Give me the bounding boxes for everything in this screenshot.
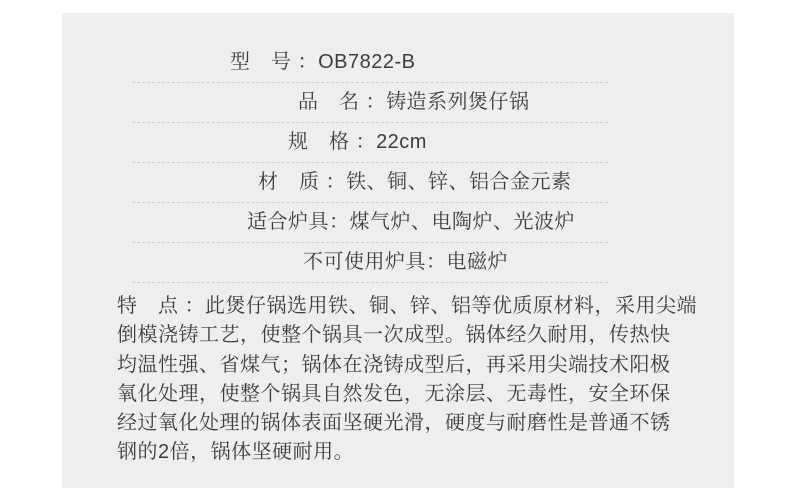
features-line: 氧化处理，使整个锅具自然发色，无涂层、无毒性，安全环保 xyxy=(117,380,734,409)
spec-row-suitable-stoves: 适合炉具：煤气炉、电陶炉、光波炉 xyxy=(62,203,734,242)
unsuitable-stoves-label: 不可使用炉具 xyxy=(303,251,426,273)
material-value: 铁、铜、锌、铝合金元素 xyxy=(346,171,572,193)
features-line: 均温性强、省煤气；锅体在浇铸成型后，再采用尖端技术阳极 xyxy=(117,351,734,380)
features-line: 倒模浇铸工艺，使整个锅具一次成型。锅体经久耐用，传热快 xyxy=(117,321,734,350)
product-name-value: 铸造系列煲仔锅 xyxy=(386,91,530,113)
spec-row-size: 规 格 ：22cm xyxy=(62,123,734,162)
unsuitable-stoves-value: 电磁炉 xyxy=(447,251,509,273)
spec-row-model: 型 号 ：OB7822-B xyxy=(62,43,734,82)
suitable-stoves-colon: ： xyxy=(329,211,350,233)
size-label: 规 格 xyxy=(288,131,350,153)
unsuitable-stoves-colon: ： xyxy=(426,251,447,273)
spec-row-material: 材 质 ：铁、铜、锌、铝合金元素 xyxy=(62,163,734,202)
suitable-stoves-value: 煤气炉、电陶炉、光波炉 xyxy=(350,211,576,233)
model-value: OB7822-B xyxy=(318,51,415,73)
spec-row-product-name: 品 名 ：铸造系列煲仔锅 xyxy=(62,83,734,122)
spec-row-unsuitable-stoves: 不可使用炉具：电磁炉 xyxy=(62,243,734,282)
spec-rows: 型 号 ：OB7822-B 品 名 ：铸造系列煲仔锅 规 格 ：22cm 材 质… xyxy=(62,13,734,283)
model-label: 型 号 xyxy=(230,51,292,73)
features-line: 经过氧化处理的锅体表面坚硬光滑，硬度与耐磨性是普通不锈 xyxy=(117,409,734,438)
model-colon: ： xyxy=(292,51,319,73)
product-spec-panel: 型 号 ：OB7822-B 品 名 ：铸造系列煲仔锅 规 格 ：22cm 材 质… xyxy=(62,13,734,488)
suitable-stoves-label: 适合炉具 xyxy=(247,211,329,233)
product-name-label: 品 名 xyxy=(298,91,360,113)
features-line: 钢的2倍，锅体坚硬耐用。 xyxy=(117,438,734,467)
features-line: 特 点 ：此煲仔锅选用铁、铜、锌、铝等优质原材料，采用尖端 xyxy=(117,292,734,321)
material-colon: ： xyxy=(320,171,347,193)
size-value: 22cm xyxy=(376,131,427,153)
material-label: 材 质 xyxy=(258,171,320,193)
size-colon: ： xyxy=(350,131,377,153)
product-name-colon: ： xyxy=(360,91,387,113)
features-paragraph: 特 点 ：此煲仔锅选用铁、铜、锌、铝等优质原材料，采用尖端 倒模浇铸工艺，使整个… xyxy=(62,283,734,468)
